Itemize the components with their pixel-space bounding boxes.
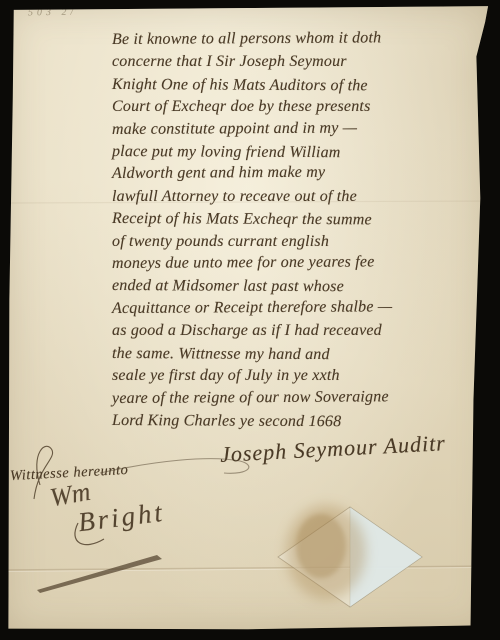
manuscript-line: make constitute appoint and in my — xyxy=(112,116,484,141)
paper-seal xyxy=(278,505,422,607)
manuscript-line: Knight One of his Mats Auditors of the xyxy=(112,74,484,98)
manuscript-photo: 503 2/ Be it knowne to all persons whom … xyxy=(0,0,500,640)
manuscript-line: Court of Excheqr doe by these presents xyxy=(112,96,484,118)
manuscript-line: seale ye first day of July in ye xxth xyxy=(112,365,484,387)
manuscript-line: Aldworth gent and him make my xyxy=(112,161,484,186)
manuscript-line: yeare of the reigne of our now Soveraign… xyxy=(112,385,484,410)
manuscript-line: lawfull Attorney to receave out of the xyxy=(112,186,484,208)
manuscript-line: Acquittance or Receipt therefore shalbe … xyxy=(112,296,484,321)
manuscript-line: the same. Wittnesse my hand and xyxy=(112,343,484,367)
manuscript-line: of twenty pounds currant english xyxy=(112,231,484,253)
archival-pencil-note: 503 2/ xyxy=(28,7,77,19)
letter-body: Be it knowne to all persons whom it doth… xyxy=(112,29,484,432)
manuscript-line: concerne that I Sir Joseph Seymour xyxy=(112,51,484,73)
manuscript-line: moneys due unto mee for one yeares fee xyxy=(112,251,484,276)
author-signature: Joseph Seymour Auditr xyxy=(219,430,446,468)
manuscript-paper: 503 2/ Be it knowne to all persons whom … xyxy=(4,3,492,633)
manuscript-line: Receipt of his Mats Excheqr the summe xyxy=(112,208,484,232)
manuscript-line: Be it knowne to all persons whom it doth xyxy=(112,27,484,52)
manuscript-line: as good a Discharge as if I had receaved xyxy=(112,320,484,342)
